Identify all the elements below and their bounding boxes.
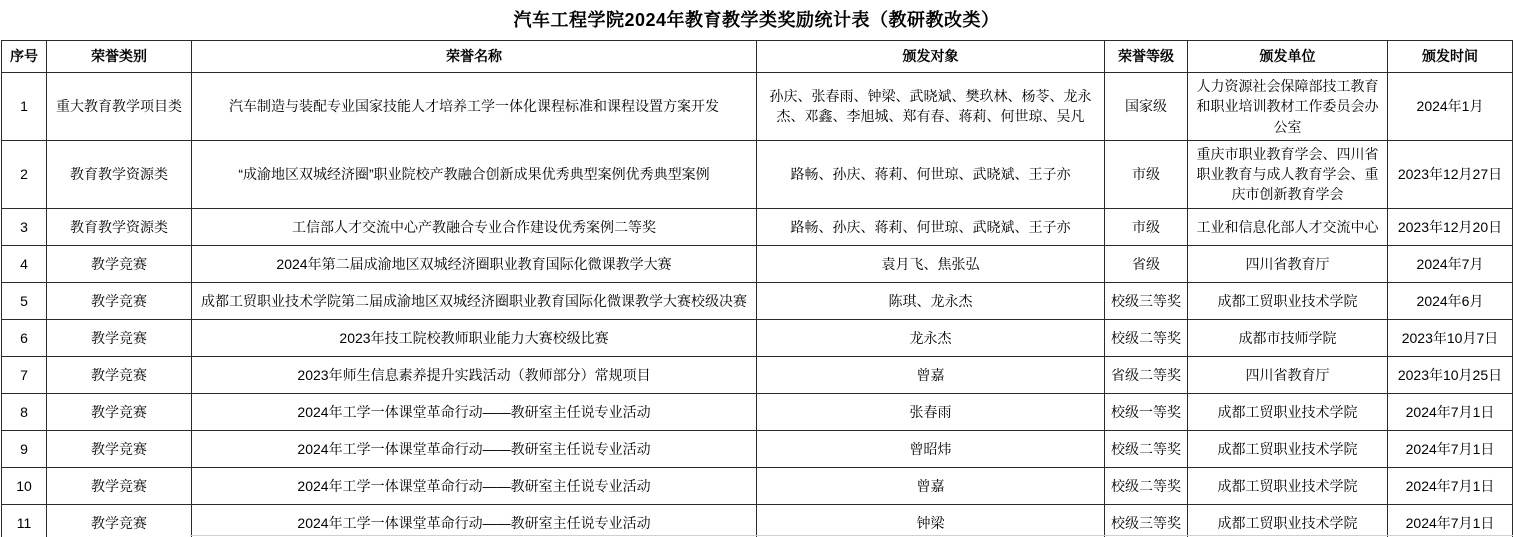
cell-index: 9	[2, 430, 47, 467]
header-honor-name: 荣誉名称	[192, 41, 757, 73]
cell-category: 教育教学资源类	[47, 140, 192, 208]
cell-date: 2024年6月	[1388, 282, 1513, 319]
table-row: 9教学竞赛2024年工学一体课堂革命行动——教研室主任说专业活动曾昭炜校级二等奖…	[2, 430, 1513, 467]
cell-issuer: 成都工贸职业技术学院	[1188, 430, 1388, 467]
cell-recipients: 路畅、孙庆、蒋莉、何世琼、武晓斌、王子亦	[757, 140, 1105, 208]
cell-index: 5	[2, 282, 47, 319]
awards-table: 序号 荣誉类别 荣誉名称 颁发对象 荣誉等级 颁发单位 颁发时间 1重大教育教学…	[1, 40, 1513, 537]
cell-honor-name: 汽车制造与装配专业国家技能人才培养工学一体化课程标准和课程设置方案开发	[192, 73, 757, 141]
cell-category: 重大教育教学项目类	[47, 73, 192, 141]
table-row: 11教学竞赛2024年工学一体课堂革命行动——教研室主任说专业活动钟梁校级三等奖…	[2, 504, 1513, 537]
cell-category: 教学竞赛	[47, 393, 192, 430]
cell-issuer: 成都市技师学院	[1188, 319, 1388, 356]
cell-level: 校级二等奖	[1105, 430, 1188, 467]
cell-level: 市级	[1105, 140, 1188, 208]
cell-level: 校级一等奖	[1105, 393, 1188, 430]
table-header: 序号 荣誉类别 荣誉名称 颁发对象 荣誉等级 颁发单位 颁发时间	[2, 41, 1513, 73]
cell-issuer: 人力资源社会保障部技工教育和职业培训教材工作委员会办公室	[1188, 73, 1388, 141]
header-issuer: 颁发单位	[1188, 41, 1388, 73]
cutoff-next-row-gridline	[190, 535, 1513, 536]
cell-index: 3	[2, 208, 47, 245]
cell-honor-name: 2024年工学一体课堂革命行动——教研室主任说专业活动	[192, 504, 757, 537]
cell-index: 7	[2, 356, 47, 393]
cell-category: 教育教学资源类	[47, 208, 192, 245]
cell-date: 2024年7月1日	[1388, 430, 1513, 467]
cell-level: 国家级	[1105, 73, 1188, 141]
cell-recipients: 路畅、孙庆、蒋莉、何世琼、武晓斌、王子亦	[757, 208, 1105, 245]
table-body: 1重大教育教学项目类汽车制造与装配专业国家技能人才培养工学一体化课程标准和课程设…	[2, 73, 1513, 537]
cell-index: 11	[2, 504, 47, 537]
cell-date: 2023年12月27日	[1388, 140, 1513, 208]
page-title: 汽车工程学院2024年教育教学类奖励统计表（教研教改类）	[0, 0, 1513, 40]
cell-recipients: 曾昭炜	[757, 430, 1105, 467]
cell-date: 2023年10月7日	[1388, 319, 1513, 356]
cell-honor-name: 成都工贸职业技术学院第二届成渝地区双城经济圈职业教育国际化微课教学大赛校级决赛	[192, 282, 757, 319]
cell-issuer: 工业和信息化部人才交流中心	[1188, 208, 1388, 245]
cell-level: 校级三等奖	[1105, 504, 1188, 537]
cell-level: 校级二等奖	[1105, 467, 1188, 504]
cell-issuer: 成都工贸职业技术学院	[1188, 504, 1388, 537]
cell-recipients: 曾嘉	[757, 356, 1105, 393]
cell-issuer: 重庆市职业教育学会、四川省职业教育与成人教育学会、重庆市创新教育学会	[1188, 140, 1388, 208]
table-row: 7教学竞赛2023年师生信息素养提升实践活动（教师部分）常规项目曾嘉省级二等奖四…	[2, 356, 1513, 393]
cell-honor-name: 2024年第二届成渝地区双城经济圈职业教育国际化微课教学大赛	[192, 245, 757, 282]
cell-category: 教学竞赛	[47, 319, 192, 356]
cell-category: 教学竞赛	[47, 245, 192, 282]
cell-index: 8	[2, 393, 47, 430]
cell-date: 2024年7月	[1388, 245, 1513, 282]
cell-issuer: 四川省教育厅	[1188, 245, 1388, 282]
cell-category: 教学竞赛	[47, 467, 192, 504]
cell-level: 市级	[1105, 208, 1188, 245]
header-recipients: 颁发对象	[757, 41, 1105, 73]
cell-category: 教学竞赛	[47, 356, 192, 393]
table-row: 1重大教育教学项目类汽车制造与装配专业国家技能人才培养工学一体化课程标准和课程设…	[2, 73, 1513, 141]
cell-recipients: 钟梁	[757, 504, 1105, 537]
cell-recipients: 孙庆、张春雨、钟梁、武晓斌、樊玖林、杨苓、龙永杰、邓鑫、李旭城、郑有春、蒋莉、何…	[757, 73, 1105, 141]
cell-index: 6	[2, 319, 47, 356]
cell-honor-name: “成渝地区双城经济圈”职业院校产教融合创新成果优秀典型案例优秀典型案例	[192, 140, 757, 208]
header-date: 颁发时间	[1388, 41, 1513, 73]
cell-index: 4	[2, 245, 47, 282]
cell-recipients: 张春雨	[757, 393, 1105, 430]
cell-index: 2	[2, 140, 47, 208]
cell-category: 教学竞赛	[47, 430, 192, 467]
cell-issuer: 成都工贸职业技术学院	[1188, 393, 1388, 430]
table-row: 4教学竞赛2024年第二届成渝地区双城经济圈职业教育国际化微课教学大赛袁月飞、焦…	[2, 245, 1513, 282]
cell-honor-name: 2024年工学一体课堂革命行动——教研室主任说专业活动	[192, 393, 757, 430]
cell-honor-name: 2023年技工院校教师职业能力大赛校级比赛	[192, 319, 757, 356]
cell-level: 省级二等奖	[1105, 356, 1188, 393]
table-row: 3教育教学资源类工信部人才交流中心产教融合专业合作建设优秀案例二等奖路畅、孙庆、…	[2, 208, 1513, 245]
cell-level: 校级三等奖	[1105, 282, 1188, 319]
table-row: 10教学竞赛2024年工学一体课堂革命行动——教研室主任说专业活动曾嘉校级二等奖…	[2, 467, 1513, 504]
cell-category: 教学竞赛	[47, 504, 192, 537]
table-header-row: 序号 荣誉类别 荣誉名称 颁发对象 荣誉等级 颁发单位 颁发时间	[2, 41, 1513, 73]
header-index: 序号	[2, 41, 47, 73]
table-row: 8教学竞赛2024年工学一体课堂革命行动——教研室主任说专业活动张春雨校级一等奖…	[2, 393, 1513, 430]
cell-date: 2023年12月20日	[1388, 208, 1513, 245]
cell-honor-name: 工信部人才交流中心产教融合专业合作建设优秀案例二等奖	[192, 208, 757, 245]
cell-honor-name: 2024年工学一体课堂革命行动——教研室主任说专业活动	[192, 467, 757, 504]
cell-recipients: 袁月飞、焦张弘	[757, 245, 1105, 282]
header-level: 荣誉等级	[1105, 41, 1188, 73]
document-page: 汽车工程学院2024年教育教学类奖励统计表（教研教改类） 序号 荣誉类别 荣誉名…	[0, 0, 1513, 537]
cell-recipients: 龙永杰	[757, 319, 1105, 356]
cell-date: 2024年7月1日	[1388, 504, 1513, 537]
cell-date: 2024年7月1日	[1388, 467, 1513, 504]
cell-honor-name: 2024年工学一体课堂革命行动——教研室主任说专业活动	[192, 430, 757, 467]
cell-issuer: 成都工贸职业技术学院	[1188, 467, 1388, 504]
cell-index: 10	[2, 467, 47, 504]
header-category: 荣誉类别	[47, 41, 192, 73]
cell-recipients: 曾嘉	[757, 467, 1105, 504]
cell-index: 1	[2, 73, 47, 141]
table-row: 6教学竞赛2023年技工院校教师职业能力大赛校级比赛龙永杰校级二等奖成都市技师学…	[2, 319, 1513, 356]
cell-recipients: 陈琪、龙永杰	[757, 282, 1105, 319]
cell-honor-name: 2023年师生信息素养提升实践活动（教师部分）常规项目	[192, 356, 757, 393]
cell-category: 教学竞赛	[47, 282, 192, 319]
table-row: 2教育教学资源类“成渝地区双城经济圈”职业院校产教融合创新成果优秀典型案例优秀典…	[2, 140, 1513, 208]
cell-level: 校级二等奖	[1105, 319, 1188, 356]
cell-issuer: 成都工贸职业技术学院	[1188, 282, 1388, 319]
cell-date: 2023年10月25日	[1388, 356, 1513, 393]
cell-date: 2024年1月	[1388, 73, 1513, 141]
cell-issuer: 四川省教育厅	[1188, 356, 1388, 393]
cell-level: 省级	[1105, 245, 1188, 282]
table-row: 5教学竞赛成都工贸职业技术学院第二届成渝地区双城经济圈职业教育国际化微课教学大赛…	[2, 282, 1513, 319]
cell-date: 2024年7月1日	[1388, 393, 1513, 430]
